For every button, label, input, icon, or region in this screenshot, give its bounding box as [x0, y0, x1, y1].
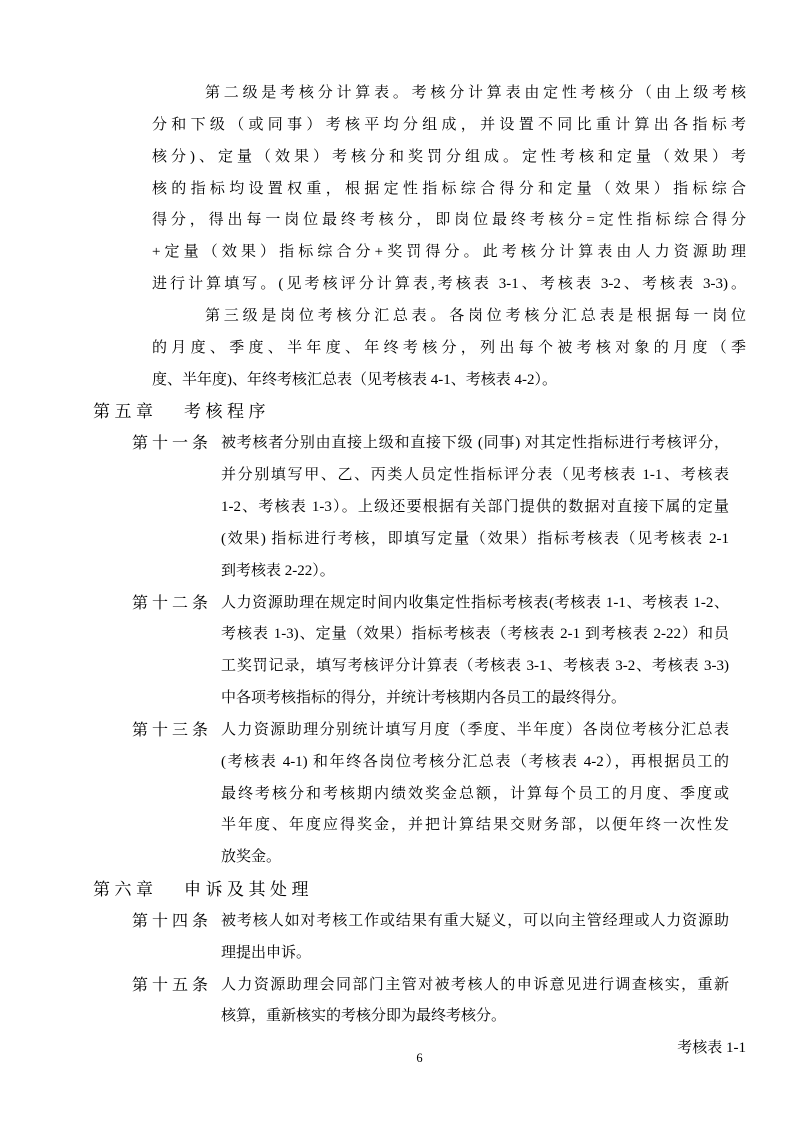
text-line: 被考核人如对考核工作或结果有重大疑义，可以向主管经理或人力资源助 — [221, 906, 729, 938]
document-body: 第二级是考核分计算表。考核分计算表由定性考核分（由上级考核分和下级（或同事）考核… — [0, 78, 793, 1065]
text-line: 半年度、年度应得奖金，并把计算结果交财务部，以便年终一次性发 — [221, 810, 729, 842]
text-line: 核算，重新核实的考核分即为最终考核分。 — [221, 1001, 729, 1033]
text-line: +定量（效果）指标综合分+奖罚得分。此考核分计算表由人力资源助理 — [152, 237, 746, 269]
article-block: 第十二条人力资源助理在规定时间内收集定性指标考核表(考核表 1-1、考核表 1-… — [0, 588, 793, 715]
text-line: 工奖罚记录，填写考核评分计算表（考核表 3-1、考核表 3-2、考核表 3-3) — [221, 651, 729, 683]
page-number: 6 — [93, 1051, 746, 1065]
text-line: 被考核者分别由直接上级和直接下级 (同事) 对其定性指标进行考核评分， — [221, 428, 729, 460]
text-line: 的月度、季度、半年度、年终考核分，列出每个被考核对象的月度（季 — [152, 333, 746, 365]
text-line: 人力资源助理在规定时间内收集定性指标考核表(考核表 1-1、考核表 1-2、 — [221, 588, 729, 620]
document-page: 第二级是考核分计算表。考核分计算表由定性考核分（由上级考核分和下级（或同事）考核… — [0, 0, 793, 1122]
text-line: 分和下级（或同事）考核平均分组成，并设置不同比重计算出各指标考 — [152, 110, 746, 142]
article-number: 第十四条 — [132, 906, 212, 938]
text-line: 第三级是岗位考核分汇总表。各岗位考核分汇总表是根据每一岗位 — [205, 301, 746, 333]
article-number: 第十五条 — [132, 970, 212, 1002]
text-line: 第二级是考核分计算表。考核分计算表由定性考核分（由上级考核 — [205, 78, 746, 110]
chapter-title: 考核程序 — [184, 396, 270, 428]
text-line: 考核表 1-3)、定量（效果）指标考核表（考核表 2-1 到考核表 2-22）和… — [221, 619, 729, 651]
text-line: 度、半年度)、年终考核汇总表（见考核表 4-1、考核表 4-2）。 — [152, 365, 746, 397]
text-line: 1-2、考核表 1-3）。上级还要根据有关部门提供的数据对直接下属的定量 — [221, 492, 729, 524]
text-line: 得分，得出每一岗位最终考核分，即岗位最终考核分=定性指标综合得分 — [152, 205, 746, 237]
text-line: 人力资源助理分别统计填写月度（季度、半年度）各岗位考核分汇总表 — [221, 715, 729, 747]
paragraph-block: 第二级是考核分计算表。考核分计算表由定性考核分（由上级考核分和下级（或同事）考核… — [0, 78, 793, 301]
article-block: 第十四条被考核人如对考核工作或结果有重大疑义，可以向主管经理或人力资源助理提出申… — [0, 906, 793, 970]
text-line: (效果) 指标进行考核，即填写定量（效果）指标考核表（见考核表 2-1 — [221, 524, 729, 556]
article-block: 第十一条被考核者分别由直接上级和直接下级 (同事) 对其定性指标进行考核评分，并… — [0, 428, 793, 587]
article-number: 第十二条 — [132, 588, 212, 620]
text-line: 中各项考核指标的得分，并统计考核期内各员工的最终得分。 — [221, 683, 729, 715]
text-line: 核分)、定量（效果）考核分和奖罚分组成。定性考核和定量（效果）考 — [152, 142, 746, 174]
chapter-heading: 第六章申诉及其处理 — [0, 874, 793, 906]
chapter-number: 第六章 — [93, 874, 158, 906]
text-line: 最终考核分和考核期内绩效奖金总额，计算每个员工的月度、季度或 — [221, 779, 729, 811]
text-line: 放奖金。 — [221, 842, 729, 874]
article-block: 第十五条人力资源助理会同部门主管对被考核人的申诉意见进行调查核实，重新核算，重新… — [0, 970, 793, 1034]
text-line: 进行计算填写。(见考核评分计算表,考核表 3-1、考核表 3-2、考核表 3-3… — [152, 269, 746, 301]
chapter-title: 申诉及其处理 — [184, 874, 313, 906]
text-line: 人力资源助理会同部门主管对被考核人的申诉意见进行调查核实，重新 — [221, 970, 729, 1002]
article-number: 第十三条 — [132, 715, 212, 747]
text-line: 核的指标均设置权重，根据定性指标综合得分和定量（效果）指标综合 — [152, 174, 746, 206]
text-line: 到考核表 2-22）。 — [221, 556, 729, 588]
text-line: (考核表 4-1) 和年终各岗位考核分汇总表（考核表 4-2），再根据员工的 — [221, 747, 729, 779]
text-line: 并分别填写甲、乙、丙类人员定性指标评分表（见考核表 1-1、考核表 — [221, 460, 729, 492]
paragraph-block: 第三级是岗位考核分汇总表。各岗位考核分汇总表是根据每一岗位的月度、季度、半年度、… — [0, 301, 793, 397]
article-block: 第十三条人力资源助理分别统计填写月度（季度、半年度）各岗位考核分汇总表(考核表 … — [0, 715, 793, 874]
chapter-number: 第五章 — [93, 396, 158, 428]
text-line: 理提出申诉。 — [221, 938, 729, 970]
article-number: 第十一条 — [132, 428, 212, 460]
chapter-heading: 第五章考核程序 — [0, 396, 793, 428]
